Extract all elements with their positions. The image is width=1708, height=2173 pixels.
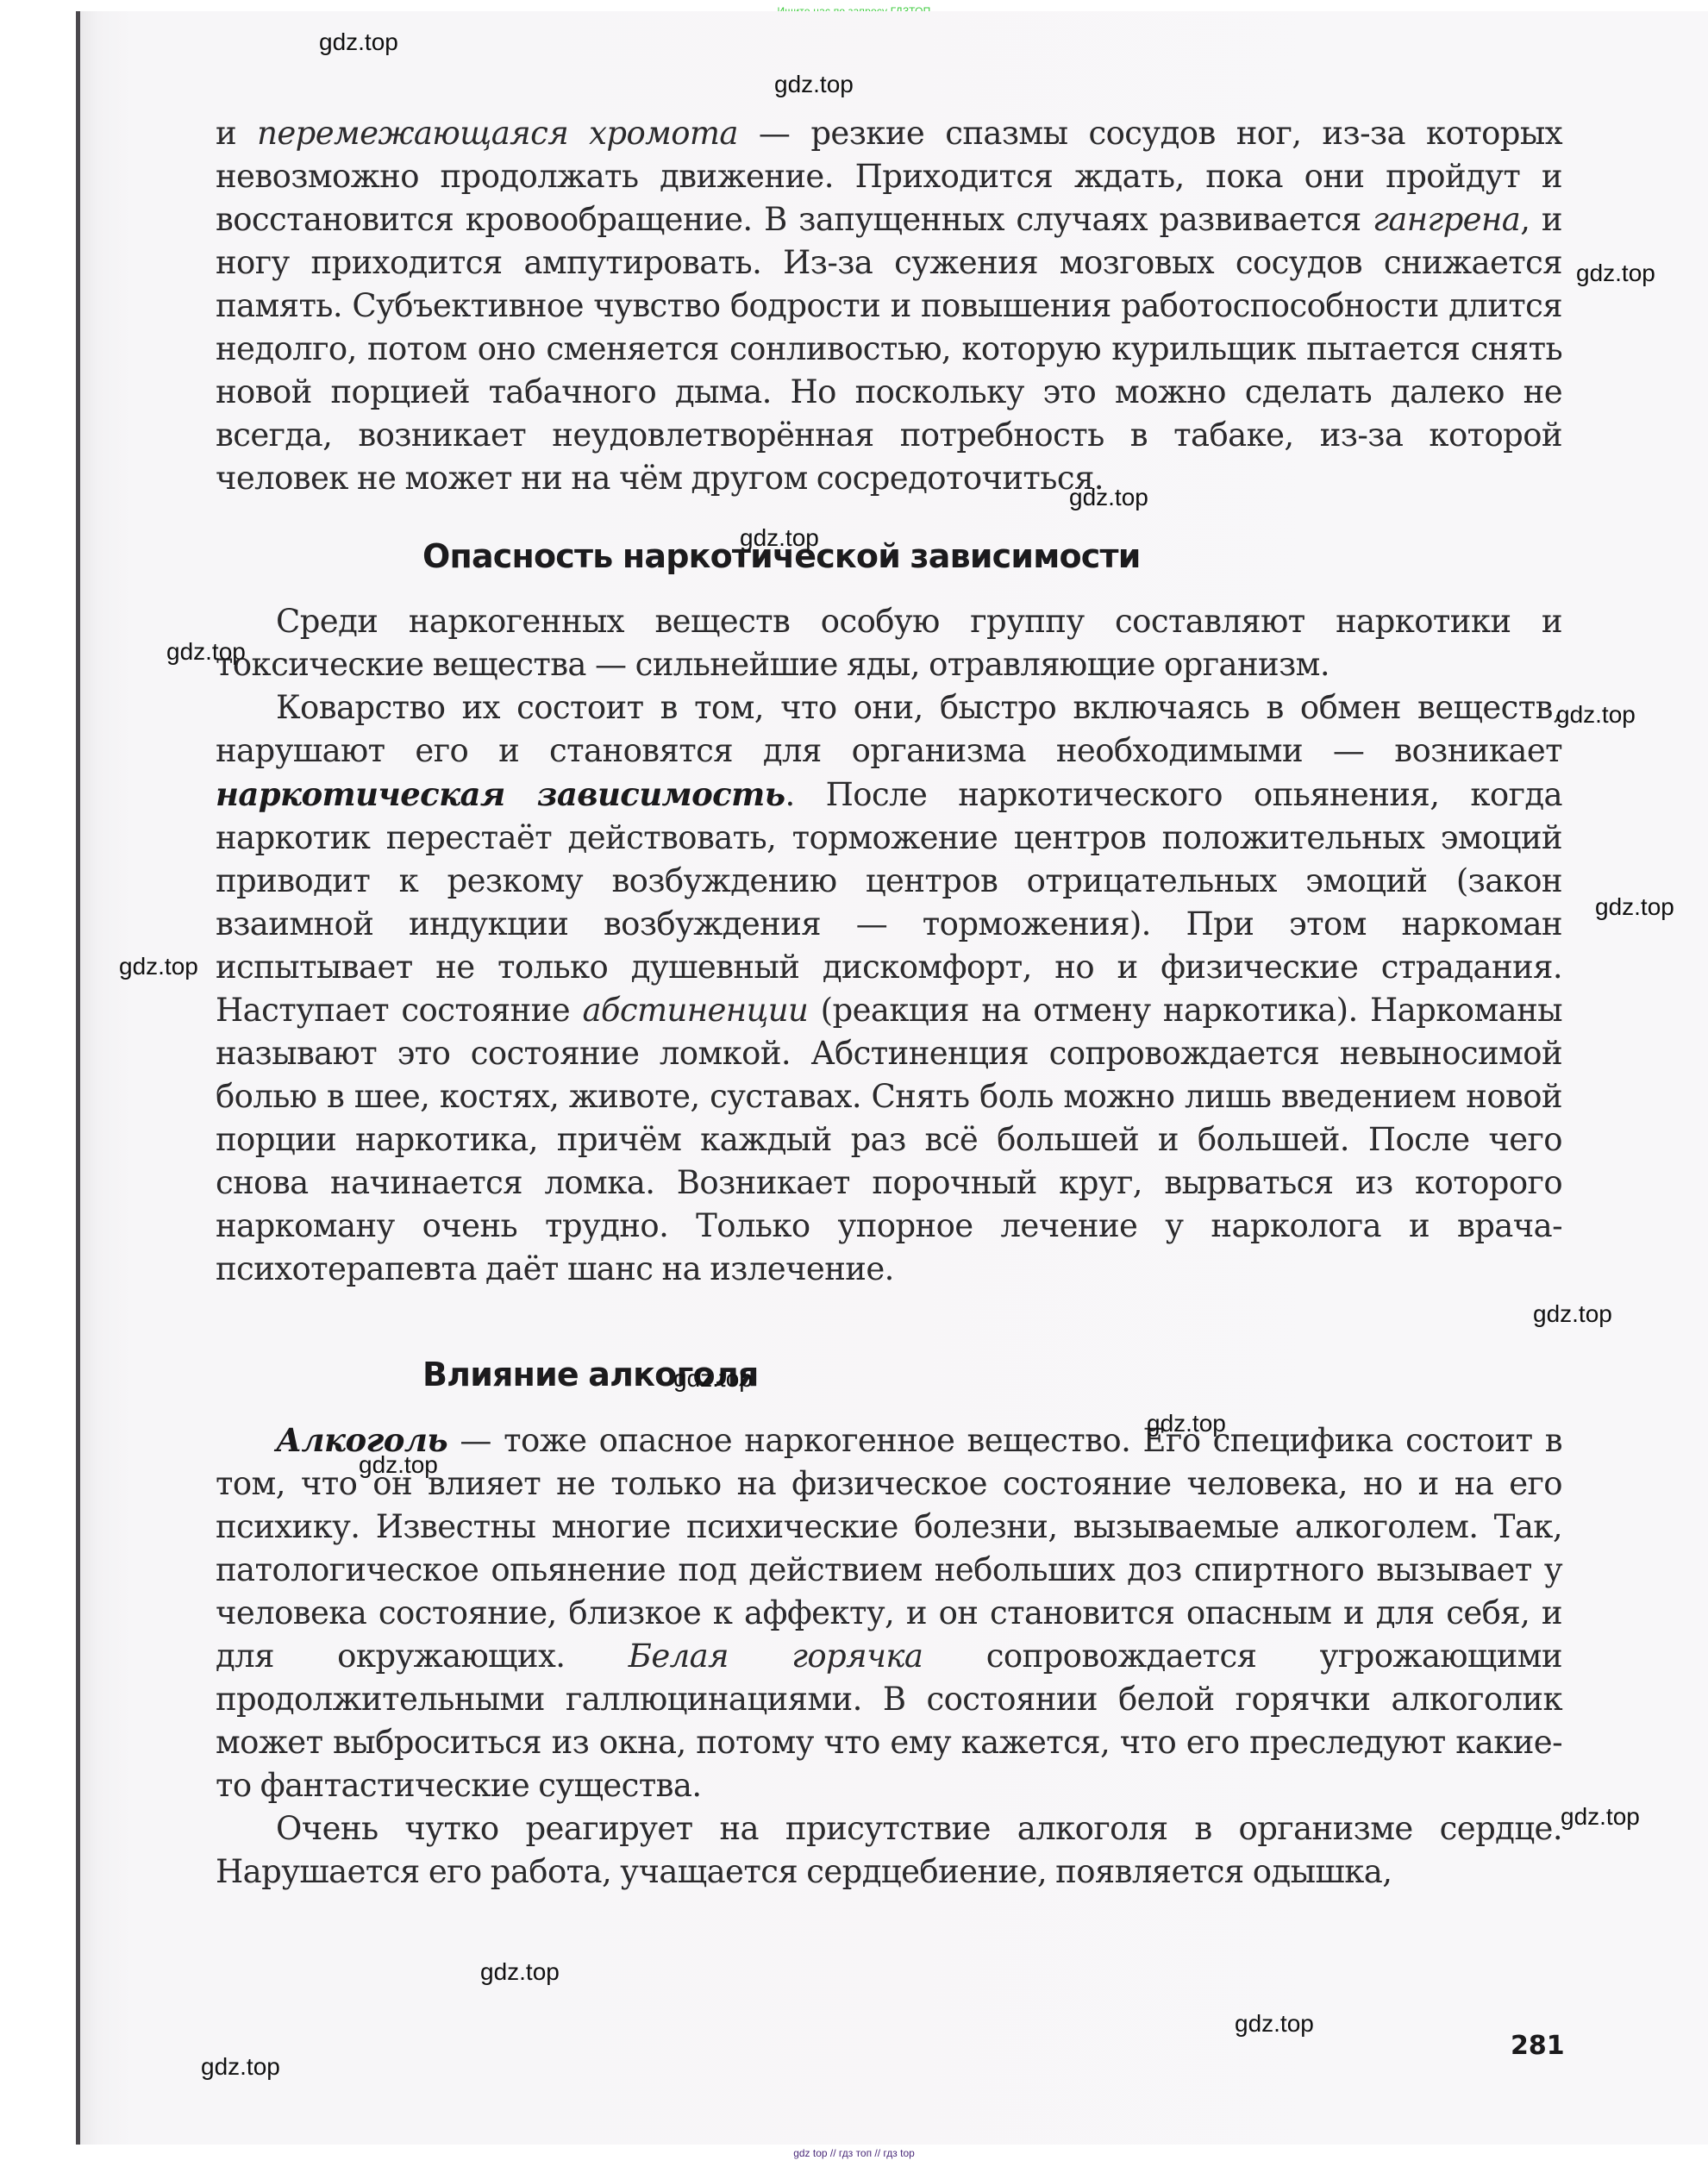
watermark-text: gdz.top [740, 524, 819, 552]
italic-term: Белая горячка [629, 1638, 923, 1675]
watermark-text: gdz.top [166, 638, 246, 666]
watermark-text: gdz.top [673, 1365, 753, 1393]
watermark-text: gdz.top [1595, 893, 1674, 921]
paragraph: Очень чутко реагирует на присутствие алк… [216, 1807, 1562, 1894]
text-run: (реакция на отмену наркотика). Наркоманы… [216, 992, 1562, 1287]
watermark-text: gdz.top [119, 953, 198, 980]
bottom-banner: gdz top // гдз топ // гдз top [0, 2147, 1708, 2159]
watermark-text: gdz.top [319, 28, 398, 56]
watermark-text: gdz.top [774, 71, 854, 98]
section-heading-drug-dependence: Опасность наркотической зависимости [216, 535, 1562, 578]
page-number: 281 [1511, 2031, 1565, 2061]
text-run: и [216, 115, 257, 152]
italic-term: абстиненции [582, 992, 808, 1029]
section-heading-alcohol: Влияние алкоголя [216, 1353, 1562, 1396]
watermark-text: gdz.top [1533, 1300, 1612, 1328]
watermark-text: gdz.top [201, 2053, 280, 2081]
text-column: и перемежающаяся хромота — резкие спазмы… [216, 112, 1562, 1894]
italic-term: гангрена [1373, 201, 1520, 238]
watermark-text: gdz.top [1147, 1410, 1226, 1437]
watermark-text: gdz.top [1576, 260, 1655, 287]
watermark-text: gdz.top [1069, 484, 1148, 511]
watermark-text: gdz.top [480, 1958, 560, 1986]
paragraph: Коварство их состоит в том, что они, быс… [216, 686, 1562, 1291]
bold-italic-term: наркотическая зависимость [216, 775, 785, 813]
intro-paragraph: и перемежающаяся хромота — резкие спазмы… [216, 112, 1562, 500]
watermark-text: gdz.top [359, 1451, 438, 1479]
paragraph: Среди наркогенных веществ особую группу … [216, 600, 1562, 686]
watermark-text: gdz.top [1556, 701, 1636, 729]
watermark-text: gdz.top [1235, 2010, 1314, 2038]
italic-term: перемежающаяся хромота [257, 115, 738, 152]
watermark-text: gdz.top [1561, 1803, 1640, 1831]
text-run: , и ногу приходится ампутировать. Из-за … [216, 201, 1562, 497]
text-run: Коварство их состоит в том, что они, быс… [216, 689, 1562, 769]
